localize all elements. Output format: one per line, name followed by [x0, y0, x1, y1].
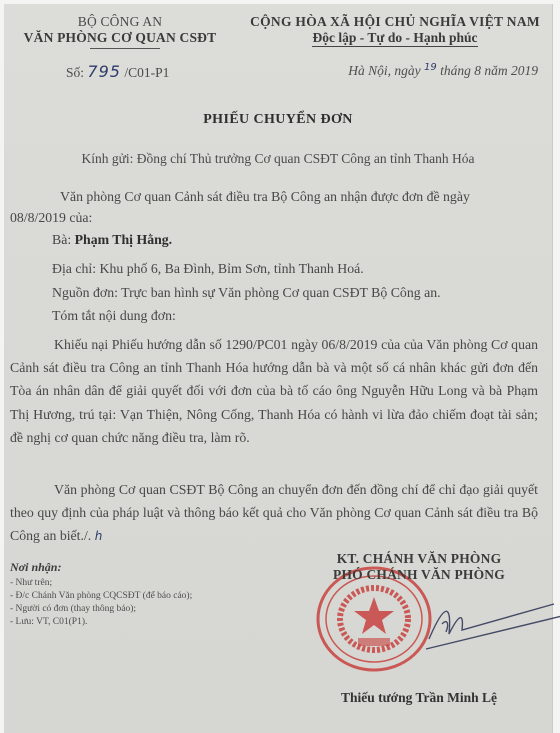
recipient-item: Người có đơn (thay thông báo);	[10, 603, 192, 616]
document-number: Số: 795 /C01-P1	[66, 62, 169, 81]
summary-paragraph: Khiếu nại Phiếu hướng dẫn số 1290/PC01 n…	[10, 333, 538, 449]
document-page: BỘ CÔNG AN VĂN PHÒNG CƠ QUAN CSĐT Số: 79…	[4, 4, 552, 733]
doc-number-prefix: Số:	[66, 65, 87, 80]
agency-parent: BỘ CÔNG AN	[4, 14, 236, 30]
national-motto: Độc lập - Tự do - Hạnh phúc	[242, 30, 548, 46]
place-date-suffix: tháng 8 năm 2019	[437, 63, 538, 78]
place-date: Hà Nội, ngày 19 tháng 8 năm 2019	[348, 62, 538, 79]
petitioner-label: Bà:	[52, 232, 75, 247]
recipients-list: Như trên; Đ/c Chánh Văn phòng CQCSĐT (để…	[10, 577, 192, 629]
petitioner-address: Địa chỉ: Khu phố 6, Ba Đình, Bỉm Sơn, tỉ…	[52, 261, 364, 277]
petitioner: Bà: Phạm Thị Hằng.	[52, 232, 172, 248]
closing-paragraph: Văn phòng Cơ quan CSĐT Bộ Công an chuyển…	[10, 478, 538, 549]
signer-name: Thiếu tướng Trần Minh Lệ	[304, 690, 534, 706]
recipient-line: Kính gửi: Đồng chí Thủ trưởng Cơ quan CS…	[4, 151, 552, 167]
recipient-item: Như trên;	[10, 577, 192, 590]
recipient-item: Đ/c Chánh Văn phòng CQCSĐT (để báo cáo);	[10, 590, 192, 603]
intro-line-2: 08/8/2019 của:	[10, 210, 92, 226]
doc-number-suffix: /C01-P1	[121, 65, 169, 80]
nation-name: CỘNG HÒA XÃ HỘI CHỦ NGHĨA VIỆT NAM	[242, 14, 548, 30]
agency-underline	[90, 48, 160, 49]
agency-name: VĂN PHÒNG CƠ QUAN CSĐT	[4, 30, 236, 46]
intro-line-1: Văn phòng Cơ quan Cảnh sát điều tra Bộ C…	[60, 189, 470, 205]
handwritten-initials: h	[95, 529, 103, 543]
place-date-day: 19	[424, 62, 437, 73]
document-title: PHIẾU CHUYỂN ĐƠN	[4, 112, 552, 128]
signer-role-line-2: PHÓ CHÁNH VĂN PHÒNG	[304, 567, 534, 583]
recipients-title: Nơi nhận:	[10, 560, 61, 575]
signer-role-line-1: KT. CHÁNH VĂN PHÒNG	[304, 551, 534, 567]
place-date-prefix: Hà Nội, ngày	[348, 63, 424, 78]
recipient-item: Lưu: VT, C01(P1).	[10, 616, 192, 629]
motto-text: Độc lập - Tự do - Hạnh phúc	[312, 30, 477, 47]
doc-number-handwritten: 795	[87, 62, 121, 81]
closing-text: Văn phòng Cơ quan CSĐT Bộ Công an chuyển…	[10, 482, 538, 543]
signature-icon	[424, 594, 560, 654]
summary-label: Tóm tắt nội dung đơn:	[52, 308, 176, 324]
petition-source: Nguồn đơn: Trực ban hình sự Văn phòng Cơ…	[52, 285, 441, 301]
petitioner-name: Phạm Thị Hằng.	[75, 232, 173, 247]
